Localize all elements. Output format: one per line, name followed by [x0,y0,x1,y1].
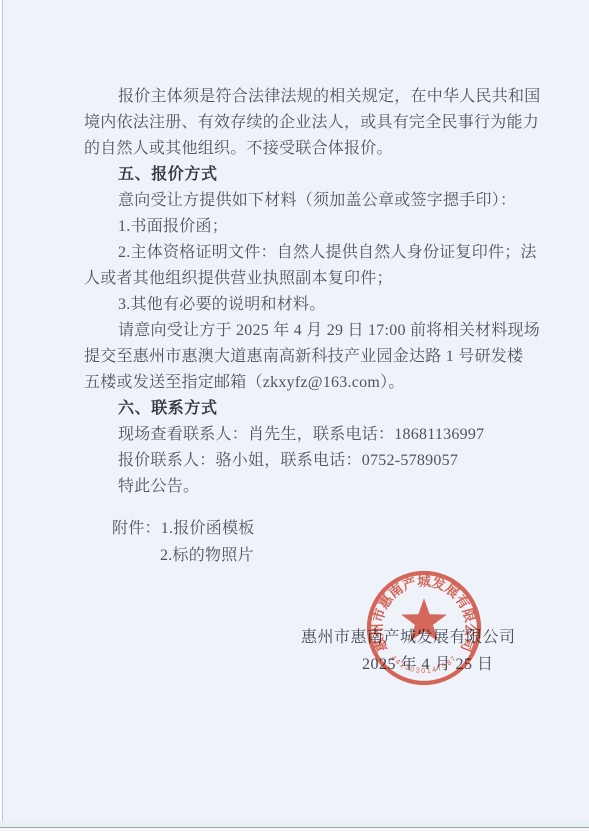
body-line: 请意向受让方于 2025 年 4 月 29 日 17:00 前将相关材料现场 [118,318,578,344]
closing-line: 特此公告。 [118,474,578,500]
list-item: 1.书面报价函； [118,214,578,240]
contact-line: 现场查看联系人：肖先生，联系电话：18681136997 [118,422,578,448]
scan-edge-bottom [0,821,589,828]
seal-icon: 惠州市惠南产城发展有限公司 4413030147587 [364,566,484,690]
scan-edge-left-line [2,0,3,831]
body-line: 的自然人或其他组织。不接受联合体报价。 [84,136,544,162]
svg-text:4413030147587: 4413030147587 [389,653,459,675]
body-line: 意向受让方提供如下材料（须加盖公章或签字摁手印）： [118,188,578,214]
list-item-cont: 人或者其他组织提供营业执照副本复印件； [84,266,544,292]
body-line: 境内依法注册、有效存续的企业法人，或具有完全民事行为能力 [84,110,544,136]
body-line: 提交至惠州市惠澳大道惠南高新科技产业园金达路 1 号研发楼 [84,344,544,370]
seal-star-icon [401,598,447,641]
body-line: 五楼或发送至指定邮箱（zkxyfz@163.com）。 [84,370,544,396]
list-item: 3.其他有必要的说明和材料。 [118,292,578,318]
scanned-document-page: 报价主体须是符合法律法规的相关规定，在中华人民共和国 境内依法注册、有效存续的企… [0,0,589,831]
attachment-line: 附件：1.报价函模板 [112,516,572,542]
body-line: 报价主体须是符合法律法规的相关规定，在中华人民共和国 [118,84,578,110]
company-seal-stamp: 惠州市惠南产城发展有限公司 4413030147587 [364,566,484,690]
seal-number: 4413030147587 [389,653,459,675]
section-heading-6: 六、联系方式 [118,396,578,422]
list-item: 2.主体资格证明文件：自然人提供自然人身份证复印件；法 [118,240,578,266]
contact-line: 报价联系人：骆小姐，联系电话：0752-5789057 [118,448,578,474]
section-heading-5: 五、报价方式 [118,162,578,188]
